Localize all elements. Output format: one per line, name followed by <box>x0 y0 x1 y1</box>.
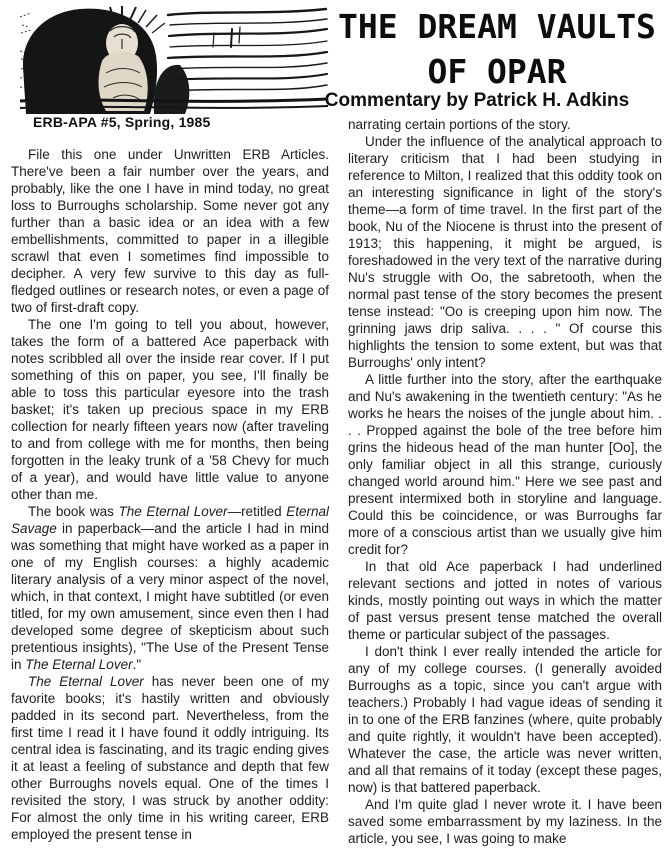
text-run: I don't think I ever really intended the… <box>348 644 662 795</box>
text-run: The one I'm going to tell you about, how… <box>11 317 329 502</box>
left-column: File this one under Unwritten ERB Articl… <box>11 146 329 864</box>
article-title-line1: THE DREAM VAULTS <box>330 4 664 49</box>
illustration-caption: ERB-APA #5, Spring, 1985 <box>33 114 211 130</box>
paragraph: narrating certain portions of the story. <box>348 116 662 133</box>
italic-text-run: The Eternal Lover <box>25 657 132 672</box>
fanzine-article-page: ERB-APA #5, Spring, 1985 THE DREAM VAULT… <box>0 0 668 864</box>
text-run: narrating certain portions of the story. <box>348 117 571 132</box>
paragraph: The Eternal Lover has never been one of … <box>11 673 329 843</box>
cave-woodcut-illustration <box>18 3 330 114</box>
text-run: The book was <box>28 504 118 519</box>
paragraph: The one I'm going to tell you about, how… <box>11 316 329 503</box>
paragraph: And I'm quite glad I never wrote it. I h… <box>348 796 662 847</box>
paragraph: The book was The Eternal Lover—retitled … <box>11 503 329 673</box>
byline: Commentary by Patrick H. Adkins <box>320 90 634 112</box>
article-title-line2: OF OPAR <box>330 49 664 94</box>
text-run: ." <box>133 657 142 672</box>
text-run: has never been one of my favorite books;… <box>11 674 329 842</box>
article-title: THE DREAM VAULTS OF OPAR <box>330 4 664 94</box>
text-run: A little further into the story, after t… <box>348 372 662 557</box>
paragraph: Under the influence of the analytical ap… <box>348 133 662 371</box>
italic-text-run: The Eternal Lover <box>118 504 227 519</box>
text-run: Under the influence of the analytical ap… <box>348 134 662 370</box>
text-run: And I'm quite glad I never wrote it. I h… <box>348 797 662 846</box>
paragraph: In that old Ace paperback I had underlin… <box>348 558 662 643</box>
italic-text-run: The Eternal Lover <box>28 674 144 689</box>
paragraph: A little further into the story, after t… <box>348 371 662 558</box>
text-run: —retitled <box>228 504 287 519</box>
paragraph: File this one under Unwritten ERB Articl… <box>11 146 329 316</box>
right-column: narrating certain portions of the story.… <box>348 116 662 864</box>
paragraph: I don't think I ever really intended the… <box>348 643 662 796</box>
woodcut-svg <box>18 3 330 114</box>
text-run: In that old Ace paperback I had underlin… <box>348 559 662 642</box>
text-run: File this one under Unwritten ERB Articl… <box>11 147 329 315</box>
text-run: in paperback—and the article I had in mi… <box>11 521 329 672</box>
